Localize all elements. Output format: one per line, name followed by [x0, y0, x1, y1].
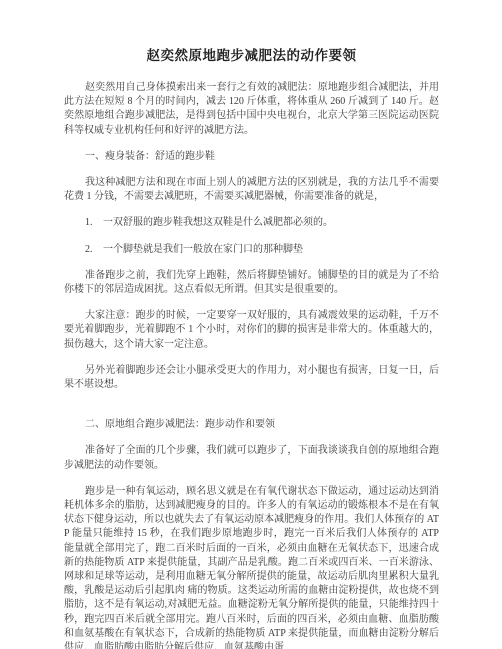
list-item-1: 1. 一双舒服的跑步鞋我想这双鞋是什么减肥都必须的。	[85, 216, 439, 230]
blank-line	[64, 404, 439, 418]
section2-paragraph-1: 准备好了全面的几个步骤，我们就可以跑步了，下面我谈谈我自创的原地组合跑步减肥法的…	[64, 444, 439, 472]
section1-paragraph-4: 另外光着脚跑步还会让小腿承受更大的作用力，对小腿也有损害，日复一日，后果不堪设想…	[64, 364, 439, 392]
section2-paragraph-2: 跑步是一种有氧运动，顾名思义就是在有氧代谢状态下做运动，通过运动达到消耗机体多余…	[64, 485, 439, 649]
list-item-2-text: 一个脚垫就是我们一般放在家门口的那种脚垫	[103, 243, 439, 257]
list-item-2-number: 2.	[85, 243, 103, 257]
list-item-2: 2. 一个脚垫就是我们一般放在家门口的那种脚垫	[85, 243, 439, 257]
document-title: 赵奕然原地跑步减肥法的动作要领	[64, 47, 439, 65]
section1-paragraph-1: 我这种减肥方法和现在市面上别人的减肥方法的区别就是，我的方法几乎不需要花费 1 …	[64, 176, 439, 204]
section1-paragraph-3: 大家注意：跑步的时候，一定要穿一双好服的，具有减震效果的运动鞋，千万不要光着脚跑…	[64, 309, 439, 352]
list-item-1-number: 1.	[85, 216, 103, 230]
intro-paragraph: 赵奕然用自己身体摸索出来一套行之有效的减肥法：原地跑步组合减肥法，并用此方法在短…	[64, 81, 439, 138]
section1-paragraph-2: 准备跑步之前，我们先穿上跑鞋，然后将脚垫铺好。铺脚垫的目的就是为了不给你楼下的邻…	[64, 269, 439, 297]
section-heading-1: 一、瘦身装备：舒适的跑步鞋	[64, 150, 439, 164]
document-page: 赵奕然原地跑步减肥法的动作要领 赵奕然用自己身体摸索出来一套行之有效的减肥法：原…	[0, 0, 502, 649]
list-item-1-text: 一双舒服的跑步鞋我想这双鞋是什么减肥都必须的。	[103, 216, 439, 230]
section-heading-2: 二、原地组合跑步减肥法：跑步动作和要领	[64, 418, 439, 432]
